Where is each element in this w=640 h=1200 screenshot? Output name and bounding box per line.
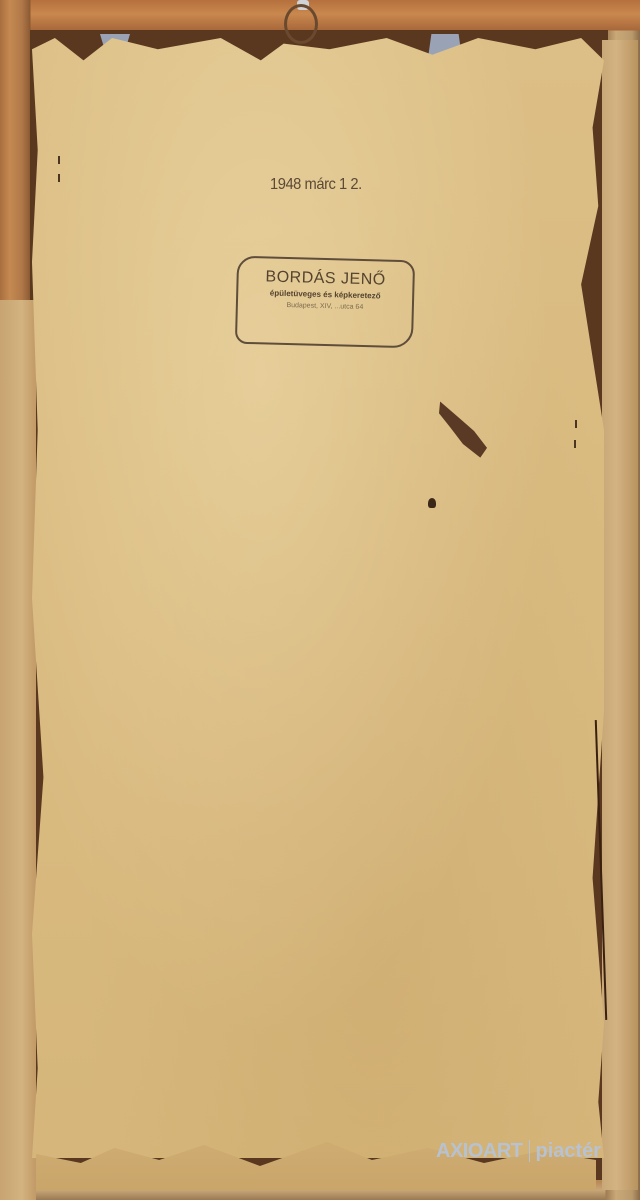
tape-mark <box>58 156 60 164</box>
hanging-ring <box>284 4 318 44</box>
maker-name: BORDÁS JENŐ <box>238 268 412 291</box>
watermark: AXIOART piactér <box>436 1137 601 1165</box>
watermark-divider <box>529 1140 530 1162</box>
tape-mark <box>574 440 576 448</box>
artwork-back-photo: 1948 márc 1 2. BORDÁS JENŐ épületüveges … <box>0 0 640 1200</box>
maker-stamp: BORDÁS JENŐ épületüveges és képkeretező … <box>235 256 415 349</box>
frame-right-edge <box>602 40 638 1190</box>
stain-spot <box>428 498 436 508</box>
date-stamp: 1948 márc 1 2. <box>270 176 380 194</box>
tape-mark <box>575 420 577 428</box>
maker-description: épületüveges és képkeretező <box>238 288 412 302</box>
watermark-brand: AXIOART <box>436 1140 523 1163</box>
frame-left-edge <box>0 300 36 1200</box>
paper-backing <box>32 38 604 1158</box>
watermark-section: piactér <box>536 1140 602 1163</box>
tape-mark <box>58 174 60 182</box>
maker-address: Budapest, XIV, ...utca 64 <box>238 301 412 313</box>
